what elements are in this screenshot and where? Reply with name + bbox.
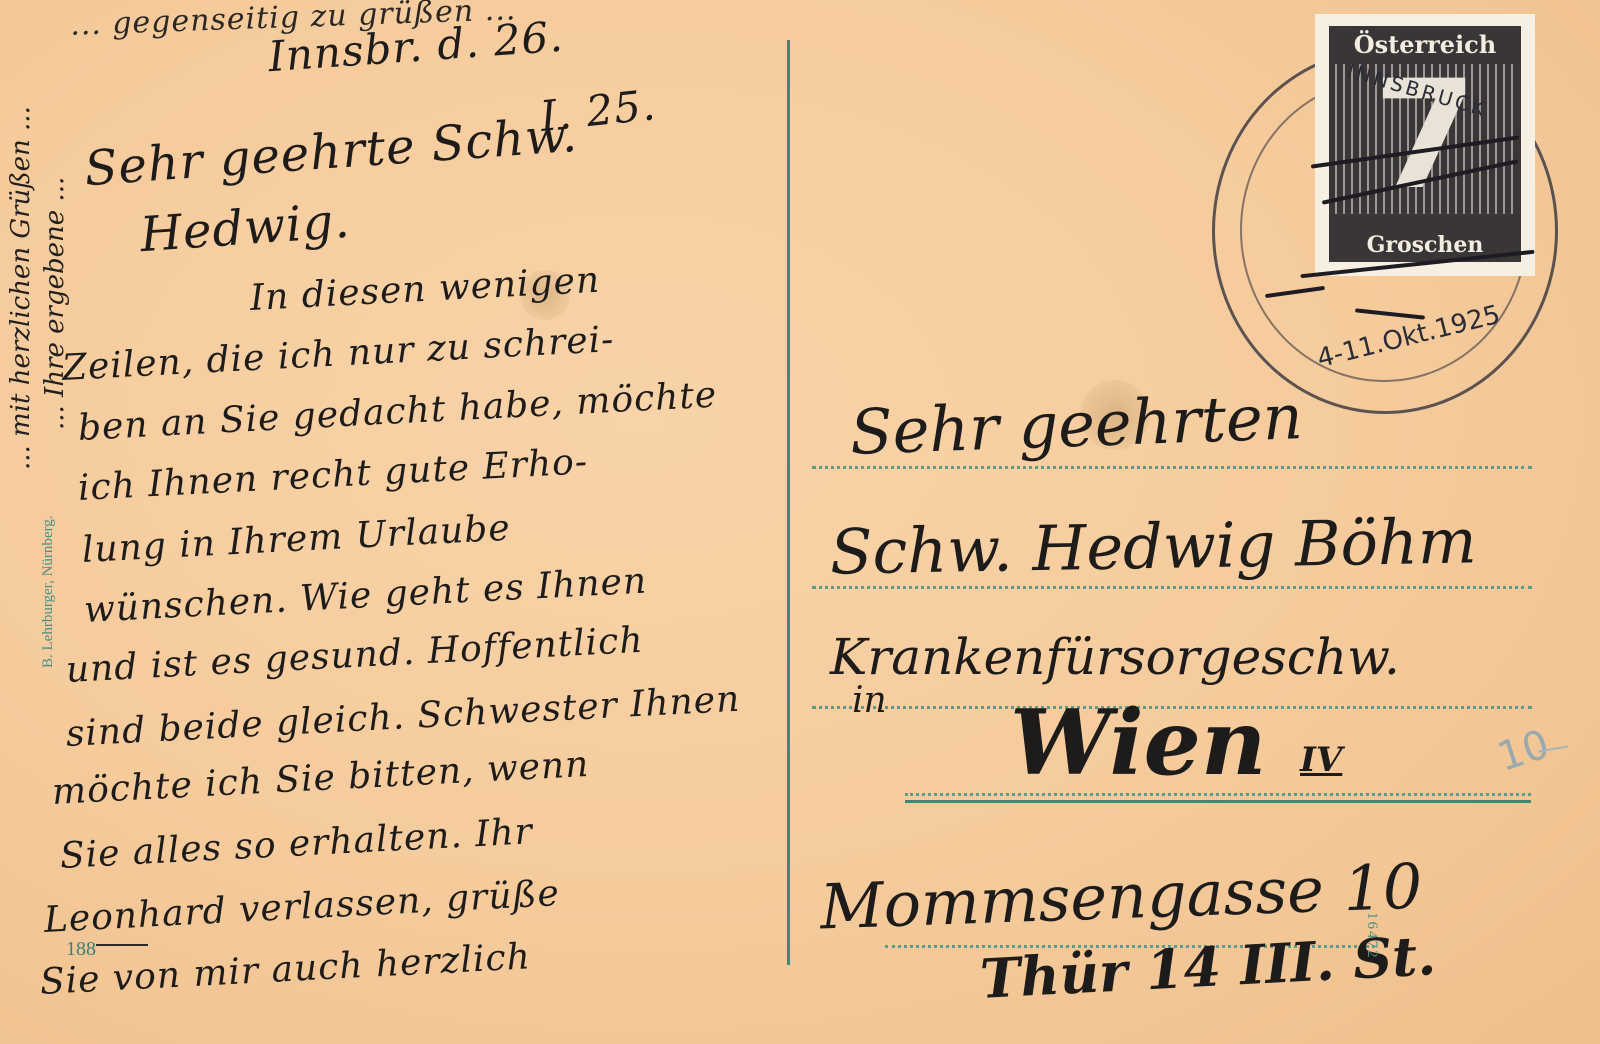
address-rule-4-solid [905, 800, 1531, 803]
message-line: sind beide gleich. Schwester Ihnen [65, 679, 741, 755]
address-city: Wien [1010, 690, 1266, 796]
address-district: IV [1300, 740, 1342, 780]
message-line: ich Ihnen recht gute Erho- [77, 441, 589, 509]
message-line: Sie alles so erhalten. Ihr [59, 811, 534, 877]
message-line: ben an Sie gedacht habe, möchte [77, 375, 718, 449]
message-line: wünschen. Wie geht es Ihnen [83, 561, 648, 631]
card-number-strike [96, 944, 148, 946]
address-line-1: Sehr geehrten [849, 380, 1304, 469]
margin-handwriting-1: ... mit herzlichen Grüßen ... [6, 106, 36, 470]
message-line: und ist es gesund. Hoffentlich [65, 620, 645, 691]
postcard: ... mit herzlichen Grüßen ... ... Ihre e… [0, 0, 1600, 1044]
message-line: Zeilen, die ich nur zu schrei- [61, 319, 615, 389]
message-line: möchte ich Sie bitten, wenn [51, 744, 590, 813]
message-line: Leonhard verlassen, grüße [43, 873, 561, 941]
card-number: 188 [66, 938, 96, 961]
address-line-2: Schw. Hedwig Böhm [829, 504, 1477, 588]
address-line-3: Krankenfürsorgeschw. [830, 628, 1400, 686]
message-salutation: Sehr geehrte Schw. [83, 107, 580, 197]
print-serial: 16472 [1363, 912, 1380, 960]
address-prefix-in: in [852, 680, 887, 721]
message-name: Hedwig. [138, 193, 352, 264]
message-line: lung in Ihrem Urlaube [81, 508, 512, 571]
center-divider [787, 40, 790, 965]
postage-stamp: Österreich 7 Groschen [1315, 14, 1535, 276]
printer-imprint: B. Lehrburger, Nürnberg. [40, 515, 57, 668]
margin-handwriting-2: ... Ihre ergebene ... [40, 177, 70, 430]
message-line: Sie von mir auch herzlich [39, 936, 532, 1003]
